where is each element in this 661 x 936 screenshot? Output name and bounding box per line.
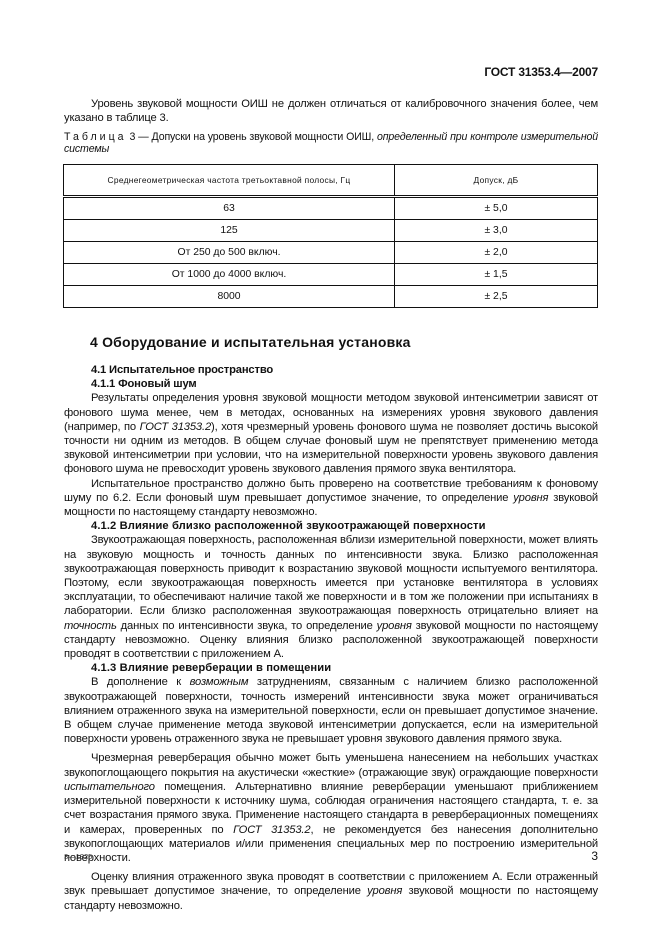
- page-number: 3: [591, 849, 598, 863]
- table-cell-tolerance: ± 5,0: [395, 197, 598, 220]
- emphasis-text: уровня: [513, 492, 548, 504]
- table-caption: Таблица 3 — Допуски на уровень звуковой …: [64, 131, 598, 155]
- table-header-tolerance: Допуск, дБ: [395, 165, 598, 197]
- paragraph-test-space-check: Испытательное пространство должно быть п…: [64, 477, 598, 520]
- tolerance-table: Среднегеометрическая частота третьоктавн…: [63, 164, 598, 308]
- paragraph-reflected-sound-assessment: Оценку влияния отраженного звука проводя…: [64, 870, 598, 913]
- table-cell-frequency: 125: [64, 220, 395, 242]
- table-row: 63 ± 5,0: [64, 197, 598, 220]
- table-cell-tolerance: ± 2,5: [395, 286, 598, 308]
- text-run: Звукоотражающая поверхность, расположенн…: [64, 534, 598, 617]
- table-caption-label: Таблица: [64, 131, 127, 143]
- table-row: От 1000 до 4000 включ. ± 1,5: [64, 264, 598, 286]
- subsection-4-1-2-title: 4.1.2 Влияние близко расположенной звуко…: [64, 519, 598, 533]
- section-title: 4 Оборудование и испытательная установка: [90, 334, 411, 350]
- table-cell-frequency: От 1000 до 4000 включ.: [64, 264, 395, 286]
- table-cell-frequency: 8000: [64, 286, 395, 308]
- paragraph-reflecting-surface: Звукоотражающая поверхность, расположенн…: [64, 533, 598, 661]
- subsection-4-1-1-title: 4.1.1 Фоновый шум: [64, 377, 598, 391]
- table-cell-frequency: От 250 до 500 включ.: [64, 242, 395, 264]
- standard-reference: ГОСТ 31353.2: [233, 824, 310, 836]
- document-code-header: ГОСТ 31353.4—2007: [484, 65, 598, 79]
- emphasis-text: испытательного: [64, 781, 155, 793]
- table-row: 8000 ± 2,5: [64, 286, 598, 308]
- paragraph-excess-reverberation: Чрезмерная реверберация обычно может быт…: [64, 751, 598, 865]
- emphasis-text: уровня: [377, 620, 412, 632]
- text-run: В дополнение к: [91, 676, 190, 688]
- text-run: Чрезмерная реверберация обычно может быт…: [64, 752, 598, 778]
- table-cell-tolerance: ± 3,0: [395, 220, 598, 242]
- table-cell-frequency: 63: [64, 197, 395, 220]
- intro-paragraph: Уровень звуковой мощности ОИШ не должен …: [64, 97, 598, 125]
- print-code: 3—1325: [64, 852, 92, 861]
- paragraph-reverberation: В дополнение к возможным затруднениям, с…: [64, 675, 598, 746]
- subsection-4-1-title: 4.1 Испытательное пространство: [64, 363, 598, 377]
- table-caption-title: 3 — Допуски на уровень звуковой мощности…: [127, 131, 377, 143]
- standard-reference: ГОСТ 31353.2: [140, 421, 211, 433]
- table-row: От 250 до 500 включ. ± 2,0: [64, 242, 598, 264]
- emphasis-text: точность: [64, 620, 117, 632]
- emphasis-text: уровня: [367, 885, 402, 897]
- table-header-frequency: Среднегеометрическая частота третьоктавн…: [64, 165, 395, 197]
- section-body: 4.1 Испытательное пространство 4.1.1 Фон…: [64, 363, 598, 913]
- text-run: данных по интенсивности звука, то опреде…: [117, 620, 377, 632]
- emphasis-text: возможным: [190, 676, 249, 688]
- table-row: 125 ± 3,0: [64, 220, 598, 242]
- table-cell-tolerance: ± 2,0: [395, 242, 598, 264]
- paragraph-background-noise: Результаты определения уровня звуковой м…: [64, 391, 598, 476]
- table-header-row: Среднегеометрическая частота третьоктавн…: [64, 165, 598, 197]
- subsection-4-1-3-title: 4.1.3 Влияние реверберации в помещении: [64, 661, 598, 675]
- table-cell-tolerance: ± 1,5: [395, 264, 598, 286]
